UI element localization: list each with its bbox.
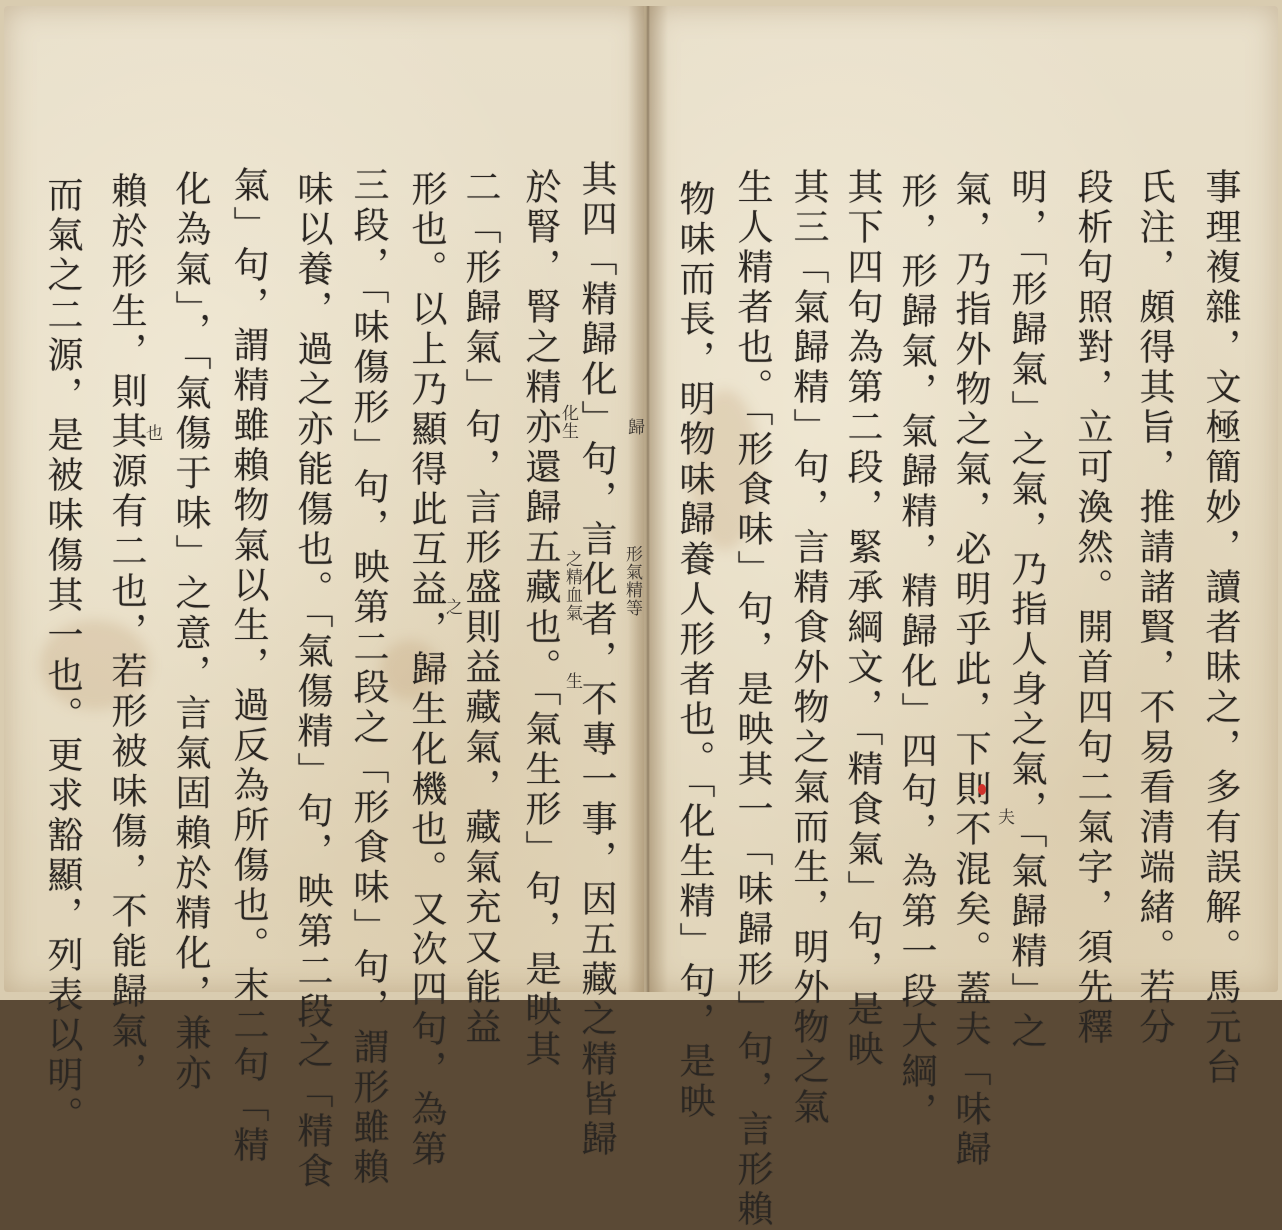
margin-annotation: 夫 — [992, 808, 1017, 826]
right-column-3: 段析句照對，立可渙然。開首四句二氣字，須先釋 — [1070, 168, 1114, 1000]
right-column-2: 氏注，頗得其旨，推請諸賢，不易看清端緒。若分 — [1132, 168, 1176, 1000]
left-column-9: 賴於形生，則其源有二也，若形被味傷，不能歸氣， — [104, 172, 148, 1000]
left-column-10: 而氣之二源，是被味傷其一也。更求豁顯，列表以明。 — [40, 176, 84, 1000]
margin-annotation: 之 — [440, 598, 465, 616]
left-column-3: 二「形歸氣」句，言形盛則益藏氣，藏氣充又能益 — [458, 168, 502, 1000]
left-column-4: 形也。以上乃顯得此互益，歸生化機也。又次四句，為第 — [404, 170, 448, 1000]
left-column-8: 化為氣」，「氣傷于味」之意，言氣固賴於精化，兼亦 — [168, 170, 212, 1000]
margin-annotation: 也 — [140, 424, 165, 442]
right-column-10: 物味而長，明物味歸養人形者也。「化生精」句，是映 — [672, 180, 716, 1000]
right-column-1: 事理複雜，文極簡妙，讀者昧之，多有誤解。馬元台 — [1198, 168, 1242, 1000]
right-column-9: 生人精者也。「形食味」句，是映其一「味歸形」句，言形賴 — [730, 168, 774, 1000]
margin-annotation: 生 — [560, 672, 585, 690]
right-column-4: 明，「形歸氣」之氣，乃指人身之氣，「氣歸精」之 — [1004, 168, 1048, 1000]
left-column-6: 味以養，過之亦能傷也。「氣傷精」句，映第二段之「精食 — [290, 170, 334, 1000]
right-column-7: 其下四句為第二段，緊承綱文，「精食氣」句，是映 — [840, 168, 884, 1000]
margin-annotation: 歸 — [622, 418, 647, 436]
red-seal-dot — [978, 784, 986, 795]
left-column-2: 於腎，腎之精亦還歸五藏也。「氣生形」句，是映其 — [518, 168, 562, 1000]
right-column-8: 其三「氣歸精」句，言精食外物之氣而生，明外物之氣 — [786, 168, 830, 1000]
left-column-7: 氣」句，謂精雖賴物氣以生，過反為所傷也。末二句「精 — [226, 166, 270, 1000]
margin-annotation: 形氣精等 — [620, 545, 645, 617]
margin-annotation: 之精血氣 — [560, 550, 585, 622]
right-column-5: 氣，乃指外物之氣，必明乎此，下則不混矣。蓋夫「味歸 — [948, 170, 992, 1000]
right-column-6: 形，形歸氣，氣歸精，精歸化」四句，為第一段大綱， — [894, 172, 938, 1000]
margin-annotation: 化生 — [556, 404, 581, 440]
left-column-5: 三段，「味傷形」句，映第二段之「形食味」句，謂形雖賴 — [346, 166, 390, 1000]
manuscript-spread: 事理複雜，文極簡妙，讀者昧之，多有誤解。馬元台 氏注，頗得其旨，推請諸賢，不易看… — [0, 0, 1282, 1000]
